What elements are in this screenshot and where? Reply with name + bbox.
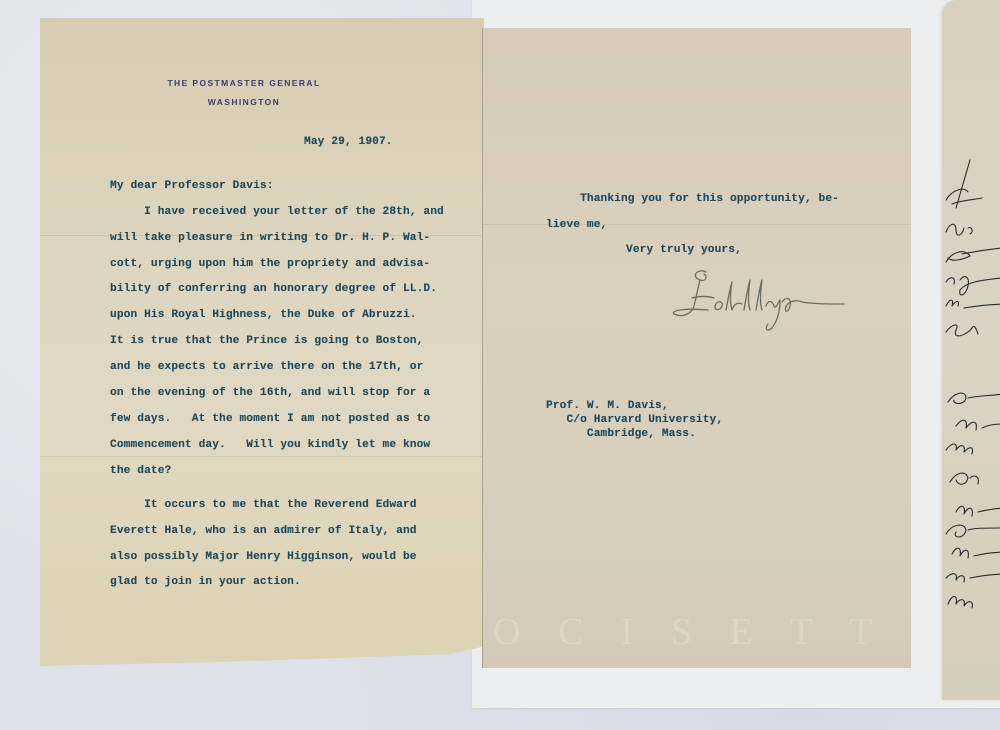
body-line: and he expects to arrive there on the 17… bbox=[110, 361, 423, 373]
body-line: cott, urging upon him the propriety and … bbox=[110, 258, 430, 270]
salutation: My dear Professor Davis: bbox=[110, 180, 274, 192]
letter-date: May 29, 1907. bbox=[304, 136, 393, 148]
letter-page-1: THE POSTMASTER GENERAL WASHINGTON May 29… bbox=[40, 18, 484, 666]
body-line: also possibly Major Henry Higginson, wou… bbox=[110, 551, 417, 563]
handwritten-letter-page bbox=[942, 0, 1000, 700]
body-line: glad to join in your action. bbox=[110, 576, 301, 588]
body-line: I have received your letter of the 28th,… bbox=[110, 206, 444, 218]
body-line: Commencement day. Will you kindly let me… bbox=[110, 439, 430, 451]
addressee-line: C/o Harvard University, bbox=[546, 414, 723, 426]
body-line: the date? bbox=[110, 465, 171, 477]
valediction: Very truly yours, bbox=[626, 244, 742, 256]
body-line: upon His Royal Highness, the Duke of Abr… bbox=[110, 309, 417, 321]
body-line: on the evening of the 16th, and will sto… bbox=[110, 387, 430, 399]
body-line: few days. At the moment I am not posted … bbox=[110, 413, 430, 425]
closing-line: Thanking you for this opportunity, be- bbox=[546, 193, 839, 205]
handwritten-signature-icon bbox=[668, 266, 868, 336]
letterhead-city: WASHINGTON bbox=[22, 97, 466, 107]
body-line: It is true that the Prince is going to B… bbox=[110, 335, 423, 347]
body-line: It occurs to me that the Reverend Edward bbox=[110, 499, 417, 511]
addressee-line: Prof. W. M. Davis, bbox=[546, 400, 669, 412]
handwriting-icon bbox=[942, 0, 1000, 700]
addressee-line: Cambridge, Mass. bbox=[546, 428, 696, 440]
letterhead-title: THE POSTMASTER GENERAL bbox=[22, 78, 466, 88]
embossed-watermark: O C I S E T T bbox=[493, 610, 886, 654]
body-line: Everett Hale, who is an admirer of Italy… bbox=[110, 525, 417, 537]
body-line: will take pleasure in writing to Dr. H. … bbox=[110, 232, 430, 244]
body-line: bility of conferring an honorary degree … bbox=[110, 283, 437, 295]
letter-page-2: Thanking you for this opportunity, be- l… bbox=[482, 28, 911, 668]
closing-line: lieve me, bbox=[546, 219, 607, 231]
